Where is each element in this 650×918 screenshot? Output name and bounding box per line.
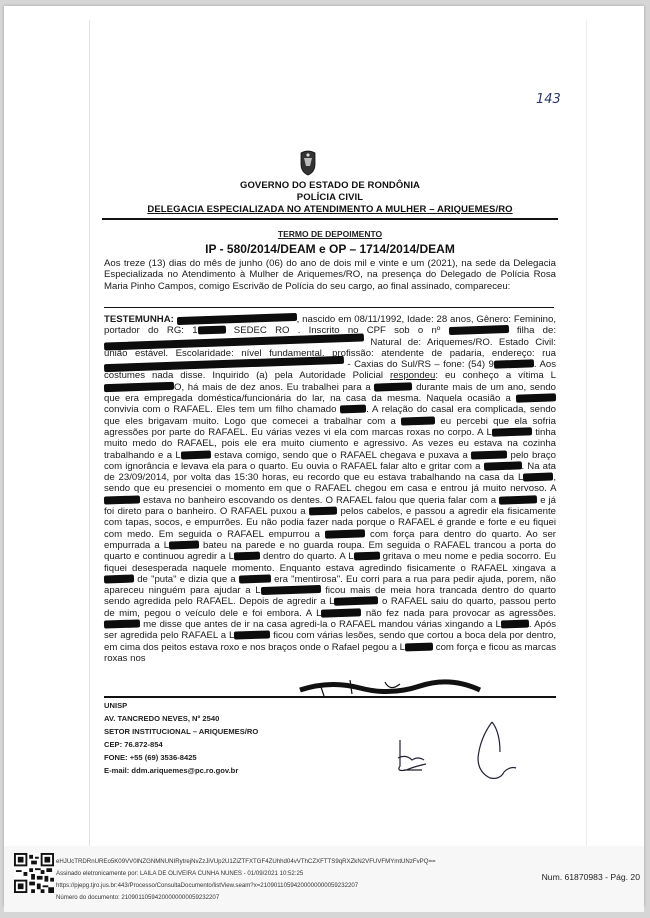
qr-code-icon[interactable]	[14, 853, 54, 893]
signature-scribble-redacted	[290, 676, 490, 698]
testimony-label: TESTEMUNHA:	[104, 314, 174, 325]
text: filha de:	[517, 325, 556, 336]
document-number: Número do documento: 2109011059420000000…	[56, 894, 219, 901]
document-hash: eHJUcTRDRnUREo5K09VV0lNZGNMNUNIRytrejNvZ…	[56, 858, 436, 865]
redaction	[177, 313, 297, 325]
scan-edge-right	[586, 20, 587, 850]
header-divider	[102, 218, 558, 220]
footer-street: AV. TANCREDO NEVES, Nº 2540	[104, 712, 344, 725]
initials-signature-2	[470, 718, 518, 784]
redaction	[405, 642, 433, 651]
header-delegacia: DELEGACIA ESPECIALIZADA NO ATENDIMENTO A…	[100, 204, 560, 215]
redaction	[523, 473, 553, 482]
redaction	[374, 382, 412, 391]
redaction	[499, 495, 537, 504]
redaction	[234, 552, 260, 561]
police-crest-icon	[298, 150, 318, 176]
footer-phone: FONE: +55 (69) 3536-8425	[104, 751, 344, 764]
header-police: POLÍCIA CIVIL	[100, 192, 560, 203]
document-url-link[interactable]: https://pjepg.tjro.jus.br:443/Processo/C…	[56, 882, 358, 889]
redaction	[309, 507, 337, 516]
redaction	[325, 529, 365, 538]
redaction	[104, 619, 140, 628]
text: respondeu	[390, 370, 435, 381]
text: dentro do quarto. A L	[263, 551, 354, 562]
text: de "puta" e dizia que a	[137, 574, 236, 585]
footer-email: E-mail: ddm.ariquemes@pc.ro.gov.br	[104, 764, 344, 777]
redaction	[169, 540, 199, 549]
page-counter: Num. 61870983 - Pág. 20	[542, 872, 640, 882]
redaction	[104, 574, 134, 583]
redaction	[234, 631, 270, 640]
redaction	[104, 495, 140, 504]
redaction	[492, 427, 532, 436]
footer-address: UNISP AV. TANCREDO NEVES, Nº 2540 SETOR …	[104, 699, 344, 777]
redaction	[104, 382, 174, 392]
text: estava no banheiro escovando os dentes. …	[143, 495, 496, 506]
redaction	[494, 359, 534, 368]
testimony-paragraph: TESTEMUNHA: , nascido em 08/11/1992, Ida…	[104, 314, 556, 664]
intro-paragraph: Aos treze (13) dias do mês de junho (06)…	[104, 258, 556, 292]
footer-cep: CEP: 76.872-854	[104, 738, 344, 751]
intro-divider	[104, 307, 554, 308]
redaction	[239, 574, 271, 583]
scan-edge-left	[89, 20, 90, 850]
text: - Caxias do Sul/RS – fone: (54) 9	[347, 359, 493, 370]
text: estava comigo, sendo que o RAFAEL chegav…	[214, 450, 468, 461]
case-reference: IP - 580/2014/DEAM e OP – 1714/2014/DEAM	[100, 242, 560, 256]
redaction	[197, 326, 225, 335]
footer-org: UNISP	[104, 699, 344, 712]
redaction	[181, 450, 211, 459]
handwritten-page-number: 143	[536, 92, 561, 107]
text: : eu conheço a vítima L	[435, 370, 556, 381]
redaction	[483, 461, 521, 470]
redaction	[471, 450, 507, 459]
redaction	[260, 585, 320, 595]
text: me disse que antes de ir na casa agredi-…	[143, 619, 501, 630]
redaction	[401, 416, 435, 425]
initials-signature-1	[392, 736, 434, 776]
text: convivia com o RAFAEL. Eles tem um filho…	[104, 404, 336, 415]
header-government: GOVERNO DO ESTADO DE RONDÔNIA	[100, 180, 560, 191]
redaction	[501, 620, 529, 629]
text: O, há mais de dez anos. Eu trabalhei par…	[174, 382, 371, 393]
redaction	[334, 597, 378, 607]
footer-sector: SETOR INSTITUCIONAL – ARIQUEMES/RO	[104, 725, 344, 738]
signed-by: Assinado eletronicamente por: LAILA DE O…	[56, 870, 303, 877]
redaction	[340, 405, 366, 414]
redaction	[321, 608, 361, 617]
redaction	[516, 393, 556, 402]
footer-divider	[104, 696, 556, 698]
text: não fez nada para provocar as agressões.	[366, 608, 556, 619]
redaction	[353, 552, 379, 561]
redaction	[448, 325, 508, 335]
document-title: TERMO DE DEPOIMENTO	[100, 229, 560, 239]
